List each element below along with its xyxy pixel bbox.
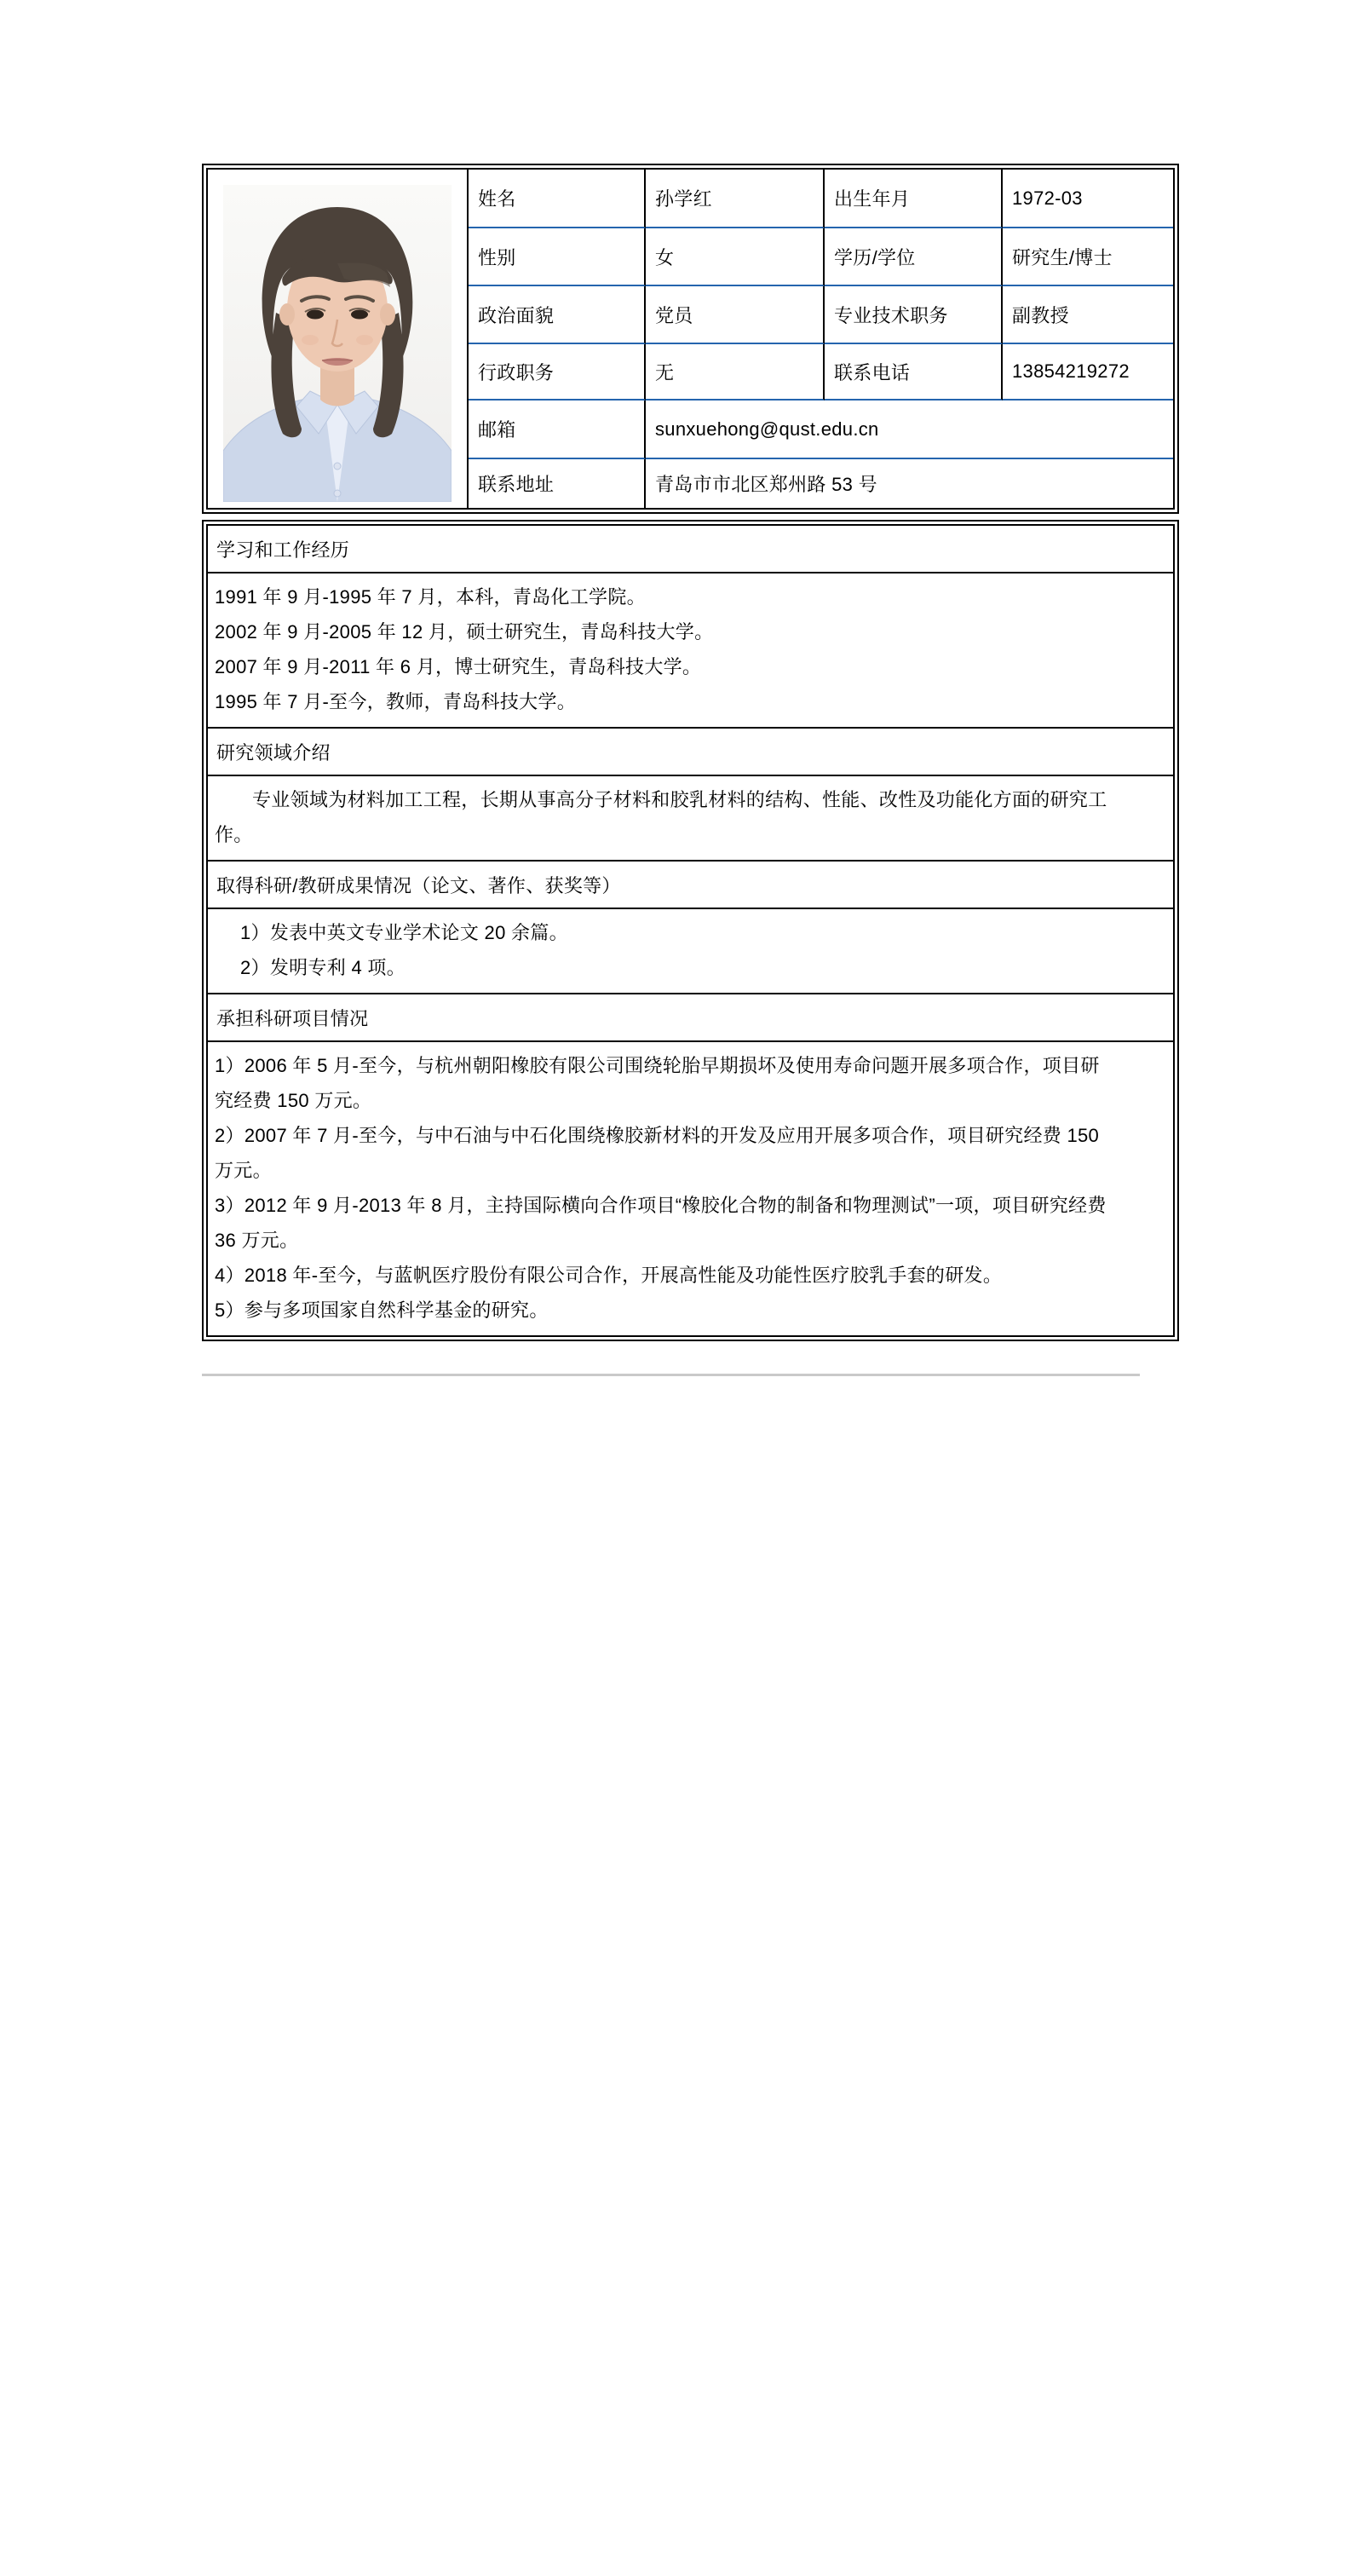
label-text: 专业技术职务 [834, 302, 948, 328]
label-text: 政治面貌 [478, 302, 554, 328]
field-value-birth: 1972-03 [1003, 170, 1173, 228]
achievement-line: 2）发明专利 4 项。 [215, 950, 1118, 985]
field-value-political: 党员 [646, 286, 825, 344]
label-text: 联系电话 [834, 359, 910, 385]
field-value-title: 副教授 [1003, 286, 1173, 344]
field-label-education: 学历/学位 [825, 228, 1003, 286]
value-text: 女 [655, 244, 674, 270]
page-content: 姓名 孙学红 出生年月 1972-03 性别 女 学历/学位 研究生/博士 政治… [202, 164, 1179, 1376]
label-text: 出生年月 [834, 185, 910, 211]
section-header-experience: 学习和工作经历 [208, 526, 1173, 573]
label-text: 行政职务 [478, 359, 554, 385]
address-text: 青岛市市北区郑州路 53 号 [655, 470, 877, 497]
field-value-phone: 13854219272 [1003, 344, 1173, 401]
project-line: 2）2007 年 7 月-至今，与中石油与中石化围绕橡胶新材料的开发及应用开展多… [215, 1118, 1118, 1188]
field-label-phone: 联系电话 [825, 344, 1003, 401]
field-label-email: 邮箱 [469, 401, 646, 459]
field-value-address: 青岛市市北区郑州路 53 号 [646, 459, 1173, 508]
photo-cell [208, 170, 469, 508]
achievement-line: 1）发表中英文专业学术论文 20 余篇。 [215, 915, 1118, 950]
experience-line: 1991 年 9 月-1995 年 7 月，本科，青岛化工学院。 [215, 579, 1118, 614]
research-area-paragraph: 专业领域为材料加工工程，长期从事高分子材料和胶乳材料的结构、性能、改性及功能化方… [215, 782, 1118, 852]
field-label-name: 姓名 [469, 170, 646, 228]
section-title: 研究领域介绍 [216, 739, 331, 765]
section-content-experience: 1991 年 9 月-1995 年 7 月，本科，青岛化工学院。 2002 年 … [208, 573, 1173, 729]
section-content-achievements: 1）发表中英文专业学术论文 20 余篇。 2）发明专利 4 项。 [208, 909, 1173, 994]
field-label-birth: 出生年月 [825, 170, 1003, 228]
value-text: 孙学红 [655, 185, 712, 211]
value-text: 党员 [655, 302, 693, 328]
section-header-achievements: 取得科研/教研成果情况（论文、著作、获奖等） [208, 862, 1173, 909]
label-text: 学历/学位 [834, 244, 916, 270]
value-text: 副教授 [1012, 302, 1069, 328]
section-title: 学习和工作经历 [216, 536, 349, 562]
bottom-divider-rule [202, 1374, 1140, 1376]
experience-line: 2007 年 9 月-2011 年 6 月，博士研究生，青岛科技大学。 [215, 649, 1118, 684]
section-content-research-area: 专业领域为材料加工工程，长期从事高分子材料和胶乳材料的结构、性能、改性及功能化方… [208, 776, 1173, 862]
portrait-photo [223, 185, 452, 502]
section-title: 承担科研项目情况 [216, 1005, 368, 1031]
value-text: 无 [655, 359, 674, 385]
field-label-gender: 性别 [469, 228, 646, 286]
field-value-education: 研究生/博士 [1003, 228, 1173, 286]
profile-table: 姓名 孙学红 出生年月 1972-03 性别 女 学历/学位 研究生/博士 政治… [202, 164, 1179, 514]
experience-line: 1995 年 7 月-至今，教师，青岛科技大学。 [215, 684, 1118, 719]
project-line: 1）2006 年 5 月-至今，与杭州朝阳橡胶有限公司围绕轮胎早期损坏及使用寿命… [215, 1048, 1118, 1118]
label-text: 邮箱 [478, 416, 516, 442]
section-header-research-area: 研究领域介绍 [208, 729, 1173, 776]
label-text: 联系地址 [478, 470, 554, 497]
detail-table: 学习和工作经历 1991 年 9 月-1995 年 7 月，本科，青岛化工学院。… [202, 520, 1179, 1341]
field-value-name: 孙学红 [646, 170, 825, 228]
table-gap [202, 514, 1179, 520]
project-line: 3）2012 年 9 月-2013 年 8 月，主持国际横向合作项目“橡胶化合物… [215, 1188, 1118, 1258]
field-label-political: 政治面貌 [469, 286, 646, 344]
experience-line: 2002 年 9 月-2005 年 12 月，硕士研究生，青岛科技大学。 [215, 614, 1118, 649]
field-label-title: 专业技术职务 [825, 286, 1003, 344]
label-text: 姓名 [478, 185, 516, 211]
value-text: 1972-03 [1012, 187, 1083, 210]
section-header-projects: 承担科研项目情况 [208, 994, 1173, 1042]
field-label-address: 联系地址 [469, 459, 646, 508]
field-label-admin-post: 行政职务 [469, 344, 646, 401]
value-text: 研究生/博士 [1012, 244, 1113, 270]
field-value-gender: 女 [646, 228, 825, 286]
project-line: 4）2018 年-至今，与蓝帆医疗股份有限公司合作，开展高性能及功能性医疗胶乳手… [215, 1258, 1118, 1293]
field-value-admin-post: 无 [646, 344, 825, 401]
email-text: sunxuehong@qust.edu.cn [655, 418, 879, 441]
label-text: 性别 [478, 244, 516, 270]
project-line: 5）参与多项国家自然科学基金的研究。 [215, 1293, 1118, 1328]
value-text: 13854219272 [1012, 360, 1130, 383]
section-content-projects: 1）2006 年 5 月-至今，与杭州朝阳橡胶有限公司围绕轮胎早期损坏及使用寿命… [208, 1042, 1173, 1335]
field-value-email: sunxuehong@qust.edu.cn [646, 401, 1173, 459]
section-title: 取得科研/教研成果情况（论文、著作、获奖等） [216, 872, 621, 898]
